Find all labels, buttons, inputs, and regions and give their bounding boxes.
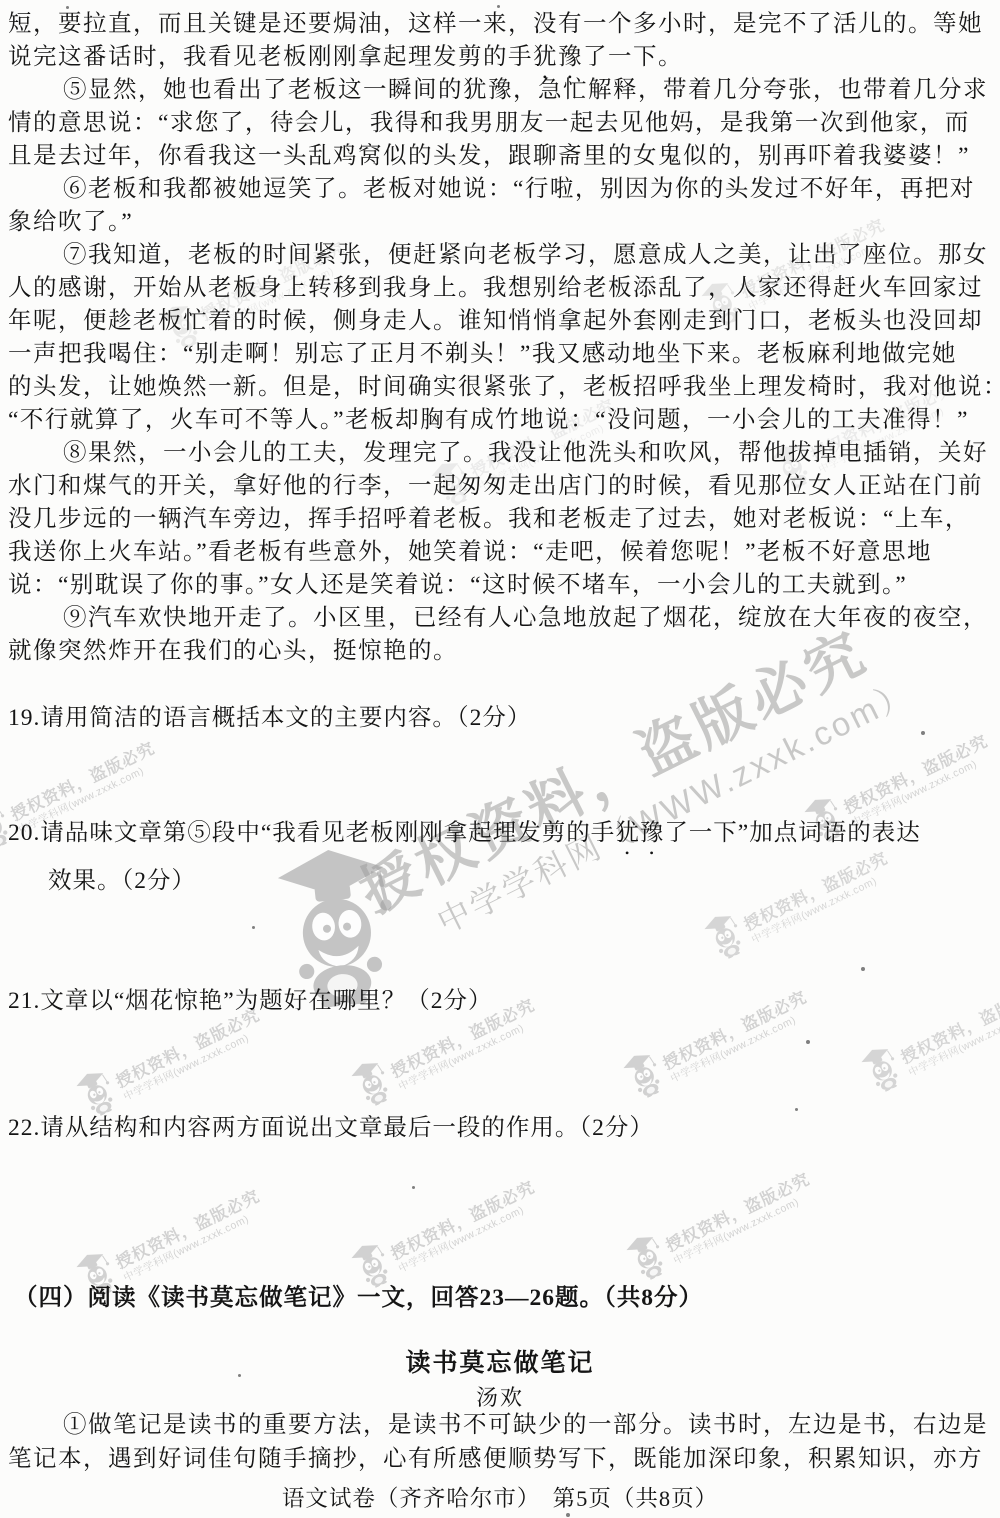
watermark-text: 授权资料，盗版必究 中学学科网(www.zxxk.com) xyxy=(898,982,1000,1079)
watermark-tile: 授权资料，盗版必究 中学学科网(www.zxxk.com) xyxy=(345,1165,544,1293)
text-segment: 说完这番话时，我看见老板刚刚拿起理发剪的手 xyxy=(8,44,533,70)
text-line: 的头发，让她焕然一新。但是，时间确实很紧张了，老板招呼我坐上理发椅时，我对他说： xyxy=(8,371,994,404)
text-line: 情的意思说：“求您了，待会儿，我得和我男朋友一起去见他妈，是我第一次到他家，而 xyxy=(8,107,994,140)
text-line: 没几步远的一辆汽车旁边，挥手招呼着老板。我和老板走了过去，她对老板说：“上车， xyxy=(8,503,994,536)
section-4-heading: （四）阅读《读书莫忘做笔记》一文，回答23—26题。（共8分） xyxy=(14,1278,703,1312)
mascot-watermark-icon xyxy=(620,1228,673,1285)
text-line: ⑥老板和我都被她逗笑了。老板对她说：“行啦，别因为你的头发过不好年，再把对 xyxy=(8,173,994,206)
mascot-watermark-icon xyxy=(617,1046,670,1103)
reading-passage-fireworks: 短，要拉直，而且关键是还要焗油，这样一来，没有一个多小时，是完不了活儿的。等她说… xyxy=(8,8,994,668)
watermark-text: 授权资料，盗版必究 中学学科网(www.zxxk.com) xyxy=(388,1178,543,1275)
watermark-line1: 授权资料，盗版必究 xyxy=(841,732,991,818)
watermark-line2: 中学学科网(www.zxxk.com) xyxy=(907,999,1000,1079)
question-20-line1: 20.请品味文章第⑤段中“我看见老板刚刚拿起理发剪的手犹豫了一下”加点词语的表达 xyxy=(8,813,921,860)
text-line: ⑧果然，一小会儿的工夫，发理完了。我没让他洗头和吹风，帮他拔掉电插销，关好 xyxy=(8,437,994,470)
text-segment: 年呢，便趁老板忙着的时候，侧身走人。谁知悄悄拿起外套刚走到门口，老板头也没回却 xyxy=(8,308,983,334)
text-segment: ①做笔记是读书的重要方法，是读书不可缺少的一部分。读书时，左边是书，右边是 xyxy=(63,1412,988,1438)
text-segment: 一声把我喝住：“别走啊！别忘了正月不剃头！”我又感动地坐下来。老板麻利地做完她 xyxy=(8,341,957,367)
watermark-line1: 授权资料，盗版必究 xyxy=(741,849,891,935)
exam-page: 授权资料，盗版必究 中学学科网(www.zxxk.com) 授权资料，盗版必究 … xyxy=(0,0,1000,1518)
question-21: 21.文章以“烟花惊艳”为题好在哪里？（2分） xyxy=(8,981,493,1015)
watermark-line2: 中学学科网(www.zxxk.com) xyxy=(397,1195,544,1275)
text-line: ⑤显然，她也看出了老板这一瞬间的犹豫，急忙解释，带着几分夸张，也带着几分求 xyxy=(8,74,994,107)
text-segment: 说：“别耽误了你的事。”女人还是笑着说：“这时候不堵车，一小会儿的工夫就到。” xyxy=(8,572,907,598)
question-19: 19.请用简洁的语言概括本文的主要内容。（2分） xyxy=(8,698,531,732)
text-line: 一声把我喝住：“别走啊！别忘了正月不剃头！”我又感动地坐下来。老板麻利地做完她 xyxy=(8,338,994,371)
text-line: 笔记本，遇到好词佳句随手摘抄，心有所感便顺势写下，既能加深印象，积累知识，亦方 xyxy=(8,1442,994,1476)
question-20-emphasized-word: 犹豫 xyxy=(615,820,664,846)
question-20-line2: 效果。（2分） xyxy=(48,861,196,895)
text-line: 我送你上火车站。”看老板有些意外，她笑着说：“走吧，候着您呢！”老板不好意思地 xyxy=(8,536,994,569)
watermark-text: 授权资料，盗版必究 中学学科网(www.zxxk.com) xyxy=(113,1187,268,1284)
scan-speck xyxy=(497,5,500,8)
text-segment: ⑧果然，一小会儿的工夫，发理完了。我没让他洗头和吹风，帮他拔掉电插销，关好 xyxy=(63,440,988,466)
scan-speck xyxy=(566,1513,570,1517)
text-line: 年呢，便趁老板忙着的时候，侧身走人。谁知悄悄拿起外套刚走到门口，老板头也没回却 xyxy=(8,305,994,338)
reading-passage-notes: ①做笔记是读书的重要方法，是读书不可缺少的一部分。读书时，左边是书，右边是笔记本… xyxy=(8,1408,994,1476)
scan-speck xyxy=(806,1040,810,1044)
emphasized-word: 犹豫 xyxy=(533,44,583,70)
page-footer: 语文试卷（齐齐哈尔市） 第5页（共8页） xyxy=(0,1481,1000,1513)
watermark-text: 授权资料，盗版必究 中学学科网(www.zxxk.com) xyxy=(741,849,896,946)
scan-speck xyxy=(238,1374,241,1377)
watermark-text: 授权资料，盗版必究 中学学科网(www.zxxk.com) xyxy=(660,988,815,1085)
mascot-watermark-icon xyxy=(345,1054,398,1111)
mascot-watermark-icon xyxy=(855,1040,908,1097)
watermark-tile: 授权资料，盗版必究 中学学科网(www.zxxk.com) xyxy=(617,975,816,1103)
watermark-line1: 授权资料，盗版必究 xyxy=(898,982,1000,1068)
watermark-line2: 中学学科网(www.zxxk.com) xyxy=(122,1023,269,1103)
watermark-line1: 授权资料，盗版必究 xyxy=(113,1187,263,1273)
scan-speck xyxy=(861,967,865,971)
text-line: 就像突然炸开在我们的心头，挺惊艳的。 xyxy=(8,635,994,668)
text-segment: 了一下。 xyxy=(583,44,683,70)
watermark-line1: 授权资料，盗版必究 xyxy=(113,1006,263,1092)
watermark-line2: 中学学科网(www.zxxk.com) xyxy=(122,1204,269,1284)
text-line: 且是去过年，你看我这一头乱鸡窝似的头发，跟聊斋里的女鬼似的，别再吓着我婆婆！” xyxy=(8,140,994,173)
question-22: 22.请从结构和内容两方面说出文章最后一段的作用。（2分） xyxy=(8,1108,654,1142)
scan-speck xyxy=(252,926,255,929)
watermark-line1: 授权资料，盗版必究 xyxy=(388,1178,538,1264)
text-line: 人的感谢，开始从老板身上转移到我身上。我想别给老板添乱了，人家还得赶火车回家过 xyxy=(8,272,994,305)
text-segment: 水门和煤气的开关，拿好他的行李，一起匆匆走出店门的时候，看见那位女人正站在门前 xyxy=(8,473,983,499)
essay-title: 读书莫忘做笔记 xyxy=(0,1343,1000,1379)
watermark-tile: 授权资料，盗版必究 中学学科网(www.zxxk.com) xyxy=(620,1157,819,1285)
text-segment: 情的意思说：“求您了，待会儿，我得和我男朋友一起去见他妈，是我第一次到他家，而 xyxy=(8,110,970,136)
text-segment: 象给吹了。” xyxy=(8,209,133,235)
scan-speck xyxy=(905,196,908,199)
watermark-line1: 授权资料，盗版必究 xyxy=(663,1170,813,1256)
scan-speck xyxy=(412,1186,415,1189)
text-line: 水门和煤气的开关，拿好他的行李，一起匆匆走出店门的时候，看见那位女人正站在门前 xyxy=(8,470,994,503)
text-segment: ⑥老板和我都被她逗笑了。老板对她说：“行啦，别因为你的头发过不好年，再把对 xyxy=(63,176,975,202)
text-segment: 我送你上火车站。”看老板有些意外，她笑着说：“走吧，候着您呢！”老板不好意思地 xyxy=(8,539,932,565)
text-segment: ⑨汽车欢快地开走了。小区里，已经有人心急地放起了烟花，绽放在大年夜的夜空， xyxy=(63,605,988,631)
watermark-text: 授权资料，盗版必究 中学学科网(www.zxxk.com) xyxy=(113,1006,268,1103)
text-line: 说：“别耽误了你的事。”女人还是笑着说：“这时候不堵车，一小会儿的工夫就到。” xyxy=(8,569,994,602)
text-line: “不行就算了，火车可不等人。”老板却胸有成竹地说：“没问题，一小会儿的工夫准得！… xyxy=(8,404,994,437)
scan-speck xyxy=(921,731,925,735)
watermark-line2: 中学学科网(www.zxxk.com) xyxy=(397,1013,544,1093)
text-line: 短，要拉直，而且关键是还要焗油，这样一来，没有一个多小时，是完不了活儿的。等她 xyxy=(8,8,994,41)
text-line: ①做笔记是读书的重要方法，是读书不可缺少的一部分。读书时，左边是书，右边是 xyxy=(8,1408,994,1442)
question-20-text-post: 了一下”加点词语的表达 xyxy=(664,820,920,846)
text-line: 象给吹了。” xyxy=(8,206,994,239)
watermark-text: 授权资料，盗版必究 中学学科网(www.zxxk.com) xyxy=(663,1170,818,1267)
question-20-text-pre: 20.请品味文章第⑤段中“我看见老板刚刚拿起理发剪的手 xyxy=(8,820,615,846)
scan-speck xyxy=(66,6,69,9)
text-segment: 短，要拉直，而且关键是还要焗油，这样一来，没有一个多小时，是完不了活儿的。等她 xyxy=(8,11,983,37)
watermark-line2: 中学学科网(www.zxxk.com) xyxy=(672,1187,819,1267)
watermark-line2: 中学学科网(www.zxxk.com) xyxy=(669,1005,816,1085)
text-line: 说完这番话时，我看见老板刚刚拿起理发剪的手犹豫了一下。 xyxy=(8,41,994,74)
text-segment: 的头发，让她焕然一新。但是，时间确实很紧张了，老板招呼我坐上理发椅时，我对他说： xyxy=(8,374,1000,400)
text-line: ⑨汽车欢快地开走了。小区里，已经有人心急地放起了烟花，绽放在大年夜的夜空， xyxy=(8,602,994,635)
watermark-tile: 授权资料，盗版必究 中学学科网(www.zxxk.com) xyxy=(855,969,1000,1097)
text-line: ⑦我知道，老板的时间紧张，便赶紧向老板学习，愿意成人之美，让出了座位。那女 xyxy=(8,239,994,272)
text-segment: 人的感谢，开始从老板身上转移到我身上。我想别给老板添乱了，人家还得赶火车回家过 xyxy=(8,275,983,301)
mascot-watermark-icon xyxy=(698,907,751,964)
text-segment: 且是去过年，你看我这一头乱鸡窝似的头发，跟聊斋里的女鬼似的，别再吓着我婆婆！” xyxy=(8,143,970,169)
text-segment: ⑦我知道，老板的时间紧张，便赶紧向老板学习，愿意成人之美，让出了座位。那女 xyxy=(63,242,988,268)
scan-speck xyxy=(795,1108,798,1111)
watermark-line2: 中学学科网(www.zxxk.com) xyxy=(750,866,897,946)
text-segment: 没几步远的一辆汽车旁边，挥手招呼着老板。我和老板走了过去，她对老板说：“上车， xyxy=(8,506,970,532)
watermark-line1: 授权资料，盗版必究 xyxy=(660,988,810,1074)
text-segment: 就像突然炸开在我们的心头，挺惊艳的。 xyxy=(8,638,458,664)
text-segment: “不行就算了，火车可不等人。”老板却胸有成竹地说：“没问题，一小会儿的工夫准得！… xyxy=(8,407,969,433)
text-segment: 笔记本，遇到好词佳句随手摘抄，心有所感便顺势写下，既能加深印象，积累知识，亦方 xyxy=(8,1446,983,1472)
text-segment: ⑤显然，她也看出了老板这一瞬间的犹豫，急忙解释，带着几分夸张，也带着几分求 xyxy=(63,77,988,103)
